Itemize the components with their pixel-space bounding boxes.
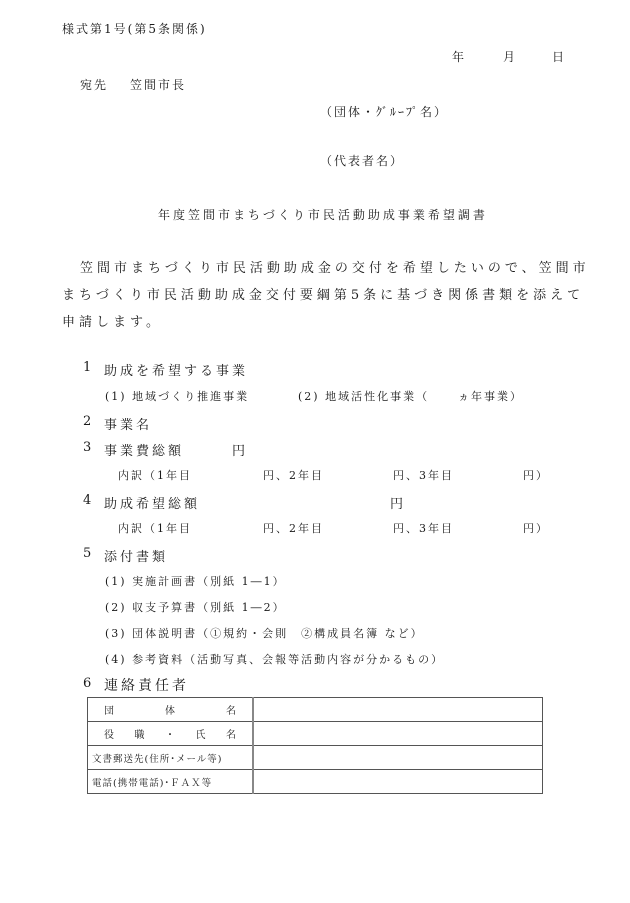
attachment-item: (4) 参考資料（活動写真、会報等活動内容が分かるもの） xyxy=(105,651,444,667)
form-number: 様式第1号(第5条関係) xyxy=(62,20,207,37)
section-3-number: 3 xyxy=(83,440,93,455)
attachment-item: (2) 収支予算書（別紙 1―2） xyxy=(105,599,286,615)
section-6-number: 6 xyxy=(83,676,93,691)
section-4-label: 助成希望総額 xyxy=(104,493,200,512)
body-line-1: 笠間市まちづくり市民活動助成金の交付を希望したいので、笠間市 xyxy=(80,257,590,276)
group-name-label: （団体・ｸﾞﾙｰﾌﾟ名） xyxy=(320,103,448,120)
section-1-option-2-years: ヵ年事業） xyxy=(458,388,523,404)
section-2-number: 2 xyxy=(83,414,93,429)
section-1-option-2: (2) 地域活性化事業（ xyxy=(298,388,429,404)
section-2-label: 事業名 xyxy=(104,414,152,433)
section-4-number: 4 xyxy=(83,493,93,508)
table-row: 役 職 ・ 氏 名 xyxy=(88,722,543,746)
section-6-label: 連絡責任者 xyxy=(104,675,189,695)
section-5-label: 添付書類 xyxy=(104,546,168,565)
section-4-breakdown-year1: 円、2年目 xyxy=(263,520,324,536)
body-line-2: まちづくり市民活動助成金交付要綱第5条に基づき関係書類を添えて xyxy=(62,284,584,303)
section-3-unit: 円 xyxy=(232,440,247,459)
document-title: 年度笠間市まちづくり市民活動助成事業希望調書 xyxy=(158,206,488,223)
addressee-label: 宛先 xyxy=(80,76,108,93)
date-year-label: 年 xyxy=(452,48,466,65)
section-4-breakdown-open: 内訳（1年目 xyxy=(118,520,192,536)
section-5-number: 5 xyxy=(83,546,93,561)
section-4-breakdown-year3: 円） xyxy=(523,520,549,536)
body-line-3: 申請します。 xyxy=(62,311,163,330)
contact-table: 団 体 名 役 職 ・ 氏 名 文書郵送先(住所･メール等) 電話(携帯電話)･… xyxy=(87,697,543,794)
representative-label: （代表者名） xyxy=(320,152,404,169)
table-row: 文書郵送先(住所･メール等) xyxy=(88,746,543,770)
date-month-label: 月 xyxy=(503,48,517,65)
section-3-breakdown-open: 内訳（1年目 xyxy=(118,467,192,483)
table-row: 電話(携帯電話)･ＦＡＸ等 xyxy=(88,770,543,794)
table-row: 団 体 名 xyxy=(88,698,543,722)
position-name-header: 役 職 ・ 氏 名 xyxy=(88,726,252,741)
section-4-breakdown-year2: 円、3年目 xyxy=(393,520,454,536)
section-1-option-1: (1) 地域づくり推進事業 xyxy=(105,388,249,404)
phone-fax-header: 電話(携帯電話)･ＦＡＸ等 xyxy=(88,775,252,789)
section-3-breakdown-year1: 円、2年目 xyxy=(263,467,324,483)
attachment-item: (1) 実施計画書（別紙 1―1） xyxy=(105,573,286,589)
group-name-field[interactable] xyxy=(253,698,543,722)
date-day-label: 日 xyxy=(552,48,566,65)
group-name-header: 団 体 名 xyxy=(88,702,252,717)
attachment-item: (3) 団体説明書（①規約・会則 ②構成員名簿 など） xyxy=(105,625,424,641)
section-4-unit: 円 xyxy=(390,493,405,512)
addressee-name: 笠間市長 xyxy=(130,76,186,93)
section-1-number: 1 xyxy=(83,360,93,375)
mailing-address-header: 文書郵送先(住所･メール等) xyxy=(88,751,252,765)
section-1-label: 助成を希望する事業 xyxy=(104,360,248,379)
phone-fax-field[interactable] xyxy=(253,770,543,794)
section-3-breakdown-year3: 円） xyxy=(523,467,549,483)
section-3-breakdown-year2: 円、3年目 xyxy=(393,467,454,483)
section-3-label: 事業費総額 xyxy=(104,440,184,459)
position-name-field[interactable] xyxy=(253,722,543,746)
mailing-address-field[interactable] xyxy=(253,746,543,770)
